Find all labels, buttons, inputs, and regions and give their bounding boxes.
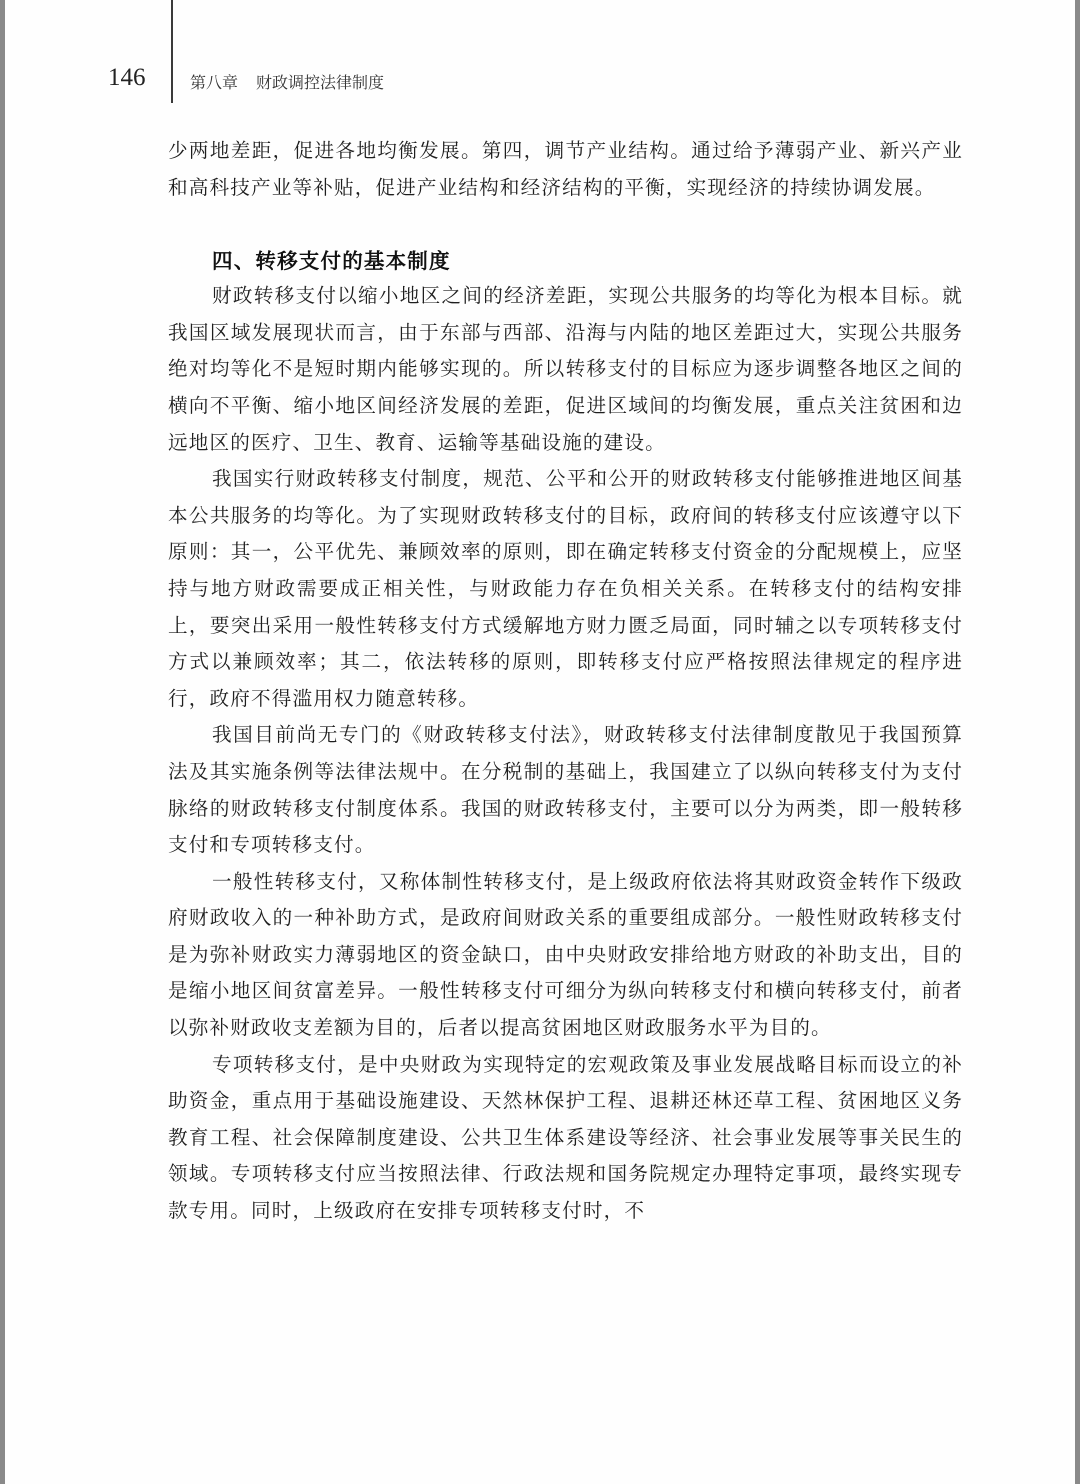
page-body: 少两地差距，促进各地均衡发展。第四，调节产业结构。通过给予薄弱产业、新兴产业和高… xyxy=(168,133,963,1230)
header-vertical-rule xyxy=(171,0,173,103)
running-head: 第八章财政调控法律制度 xyxy=(190,70,384,93)
chapter-label: 第八章 xyxy=(190,73,238,92)
body-paragraph-5: 专项转移支付，是中央财政为实现特定的宏观政策及事业发展战略目标而设立的补助资金，… xyxy=(168,1047,963,1230)
body-paragraph-1: 财政转移支付以缩小地区之间的经济差距，实现公共服务的均等化为根本目标。就我国区域… xyxy=(168,278,963,461)
chapter-title: 财政调控法律制度 xyxy=(256,73,384,92)
section-title: 四、转移支付的基本制度 xyxy=(168,242,963,280)
scan-edge-right xyxy=(1075,0,1080,1484)
body-paragraph-4: 一般性转移支付，又称体制性转移支付，是上级政府依法将其财政资金转作下级政府财政收… xyxy=(168,864,963,1047)
body-paragraph-2: 我国实行财政转移支付制度，规范、公平和公开的财政转移支付能够推进地区间基本公共服… xyxy=(168,461,963,717)
body-paragraph-3: 我国目前尚无专门的《财政转移支付法》，财政转移支付法律制度散见于我国预算法及其实… xyxy=(168,717,963,863)
page-number: 146 xyxy=(108,64,146,92)
continuation-paragraph: 少两地差距，促进各地均衡发展。第四，调节产业结构。通过给予薄弱产业、新兴产业和高… xyxy=(168,133,963,206)
